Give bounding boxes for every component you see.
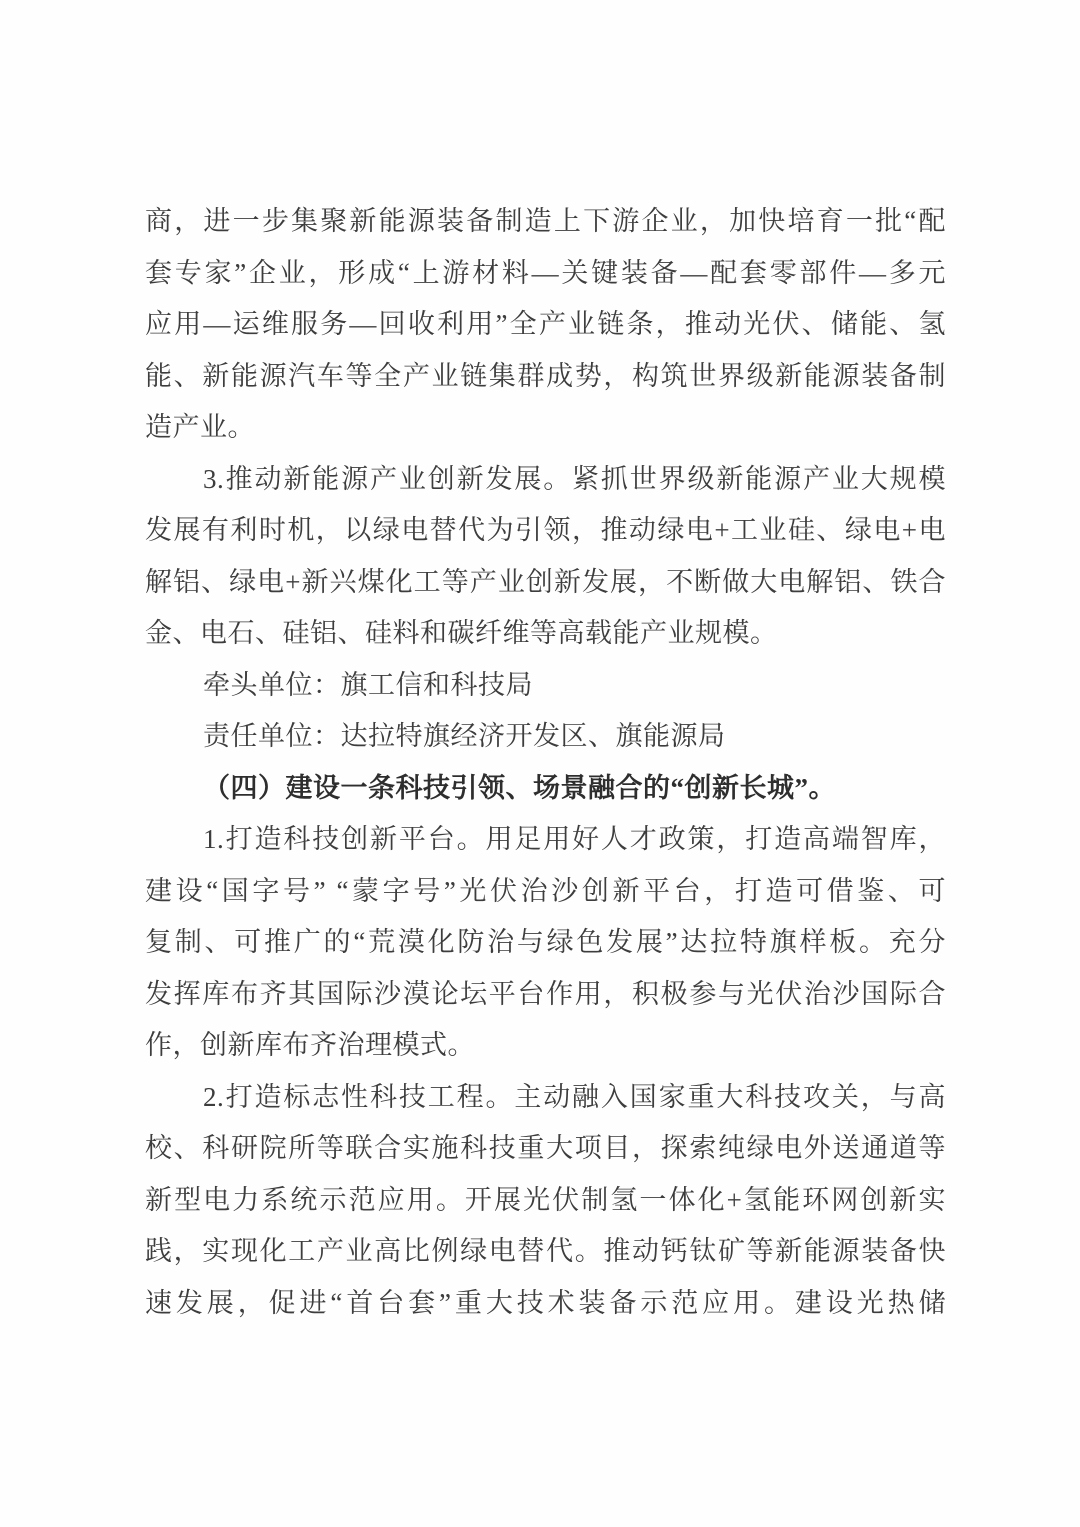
- text-line: 2.打造标志性科技工程。主动融入国家重大科技攻关，与高: [145, 1072, 946, 1124]
- paragraph: 1.打造科技创新平台。用足用好人才政策，打造高端智库，建设“国字号” “蒙字号”…: [145, 814, 946, 1072]
- text-line: 责任单位：达拉特旗经济开发区、旗能源局: [145, 711, 946, 763]
- text-line: 发展有利时机，以绿电替代为引领，推动绿电+工业硅、绿电+电: [145, 505, 946, 557]
- document-text-block: 商，进一步集聚新能源装备制造上下游企业，加快培育一批“配套专家”企业，形成“上游…: [145, 196, 946, 1329]
- section-heading: （四）建设一条科技引领、场景融合的“创新长城”。: [145, 763, 946, 815]
- text-line: 复制、可推广的“荒漠化防治与绿色发展”达拉特旗样板。充分: [145, 917, 946, 969]
- text-line: 能、新能源汽车等全产业链集群成势，构筑世界级新能源装备制: [145, 351, 946, 403]
- text-line: 解铝、绿电+新兴煤化工等产业创新发展，不断做大电解铝、铁合: [145, 557, 946, 609]
- paragraph: 商，进一步集聚新能源装备制造上下游企业，加快培育一批“配套专家”企业，形成“上游…: [145, 196, 946, 454]
- heading-line: （四）建设一条科技引领、场景融合的“创新长城”。: [145, 763, 946, 815]
- paragraph: 责任单位：达拉特旗经济开发区、旗能源局: [145, 711, 946, 763]
- text-line: 践，实现化工产业高比例绿电替代。推动钙钛矿等新能源装备快: [145, 1226, 946, 1278]
- text-line: 造产业。: [145, 402, 946, 454]
- text-line: 1.打造科技创新平台。用足用好人才政策，打造高端智库，: [145, 814, 946, 866]
- text-line: 3.推动新能源产业创新发展。紧抓世界级新能源产业大规模: [145, 454, 946, 506]
- text-line: 作，创新库布齐治理模式。: [145, 1020, 946, 1072]
- text-line: 校、科研院所等联合实施科技重大项目，探索纯绿电外送通道等: [145, 1123, 946, 1175]
- text-line: 速发展，促进“首台套”重大技术装备示范应用。建设光热储: [145, 1278, 946, 1330]
- paragraph: 2.打造标志性科技工程。主动融入国家重大科技攻关，与高校、科研院所等联合实施科技…: [145, 1072, 946, 1330]
- paragraph: 牵头单位：旗工信和科技局: [145, 660, 946, 712]
- text-line: 牵头单位：旗工信和科技局: [145, 660, 946, 712]
- paragraph: 3.推动新能源产业创新发展。紧抓世界级新能源产业大规模发展有利时机，以绿电替代为…: [145, 454, 946, 660]
- text-line: 商，进一步集聚新能源装备制造上下游企业，加快培育一批“配: [145, 196, 946, 248]
- text-line: 应用—运维服务—回收利用”全产业链条，推动光伏、储能、氢: [145, 299, 946, 351]
- text-line: 新型电力系统示范应用。开展光伏制氢一体化+氢能环网创新实: [145, 1175, 946, 1227]
- text-line: 金、电石、硅铝、硅料和碳纤维等高载能产业规模。: [145, 608, 946, 660]
- document-page: 商，进一步集聚新能源装备制造上下游企业，加快培育一批“配套专家”企业，形成“上游…: [0, 0, 1080, 1527]
- text-line: 发挥库布齐其国际沙漠论坛平台作用，积极参与光伏治沙国际合: [145, 969, 946, 1021]
- text-line: 套专家”企业，形成“上游材料—关键装备—配套零部件—多元: [145, 248, 946, 300]
- text-line: 建设“国字号” “蒙字号”光伏治沙创新平台，打造可借鉴、可: [145, 866, 946, 918]
